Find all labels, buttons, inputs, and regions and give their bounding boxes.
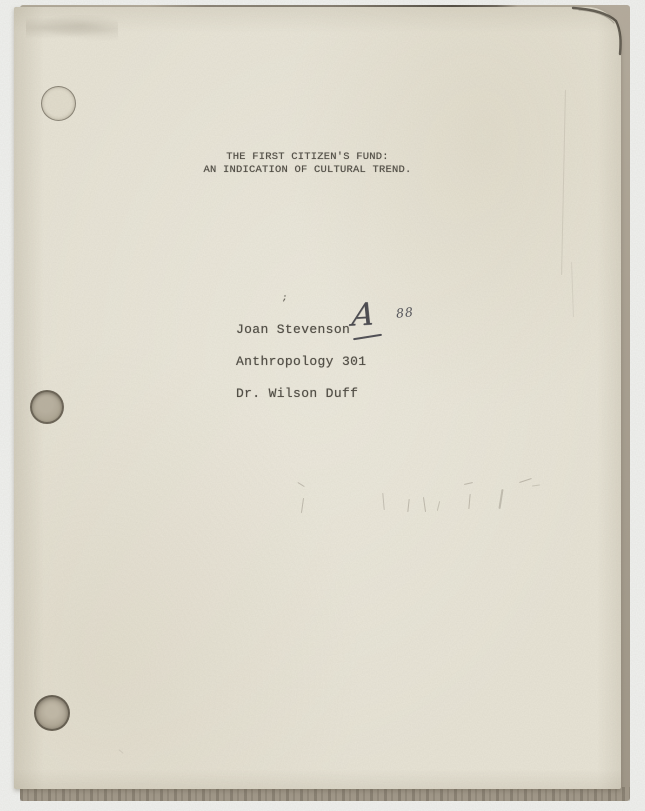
pencil-scratch xyxy=(297,482,304,487)
byline-block: Joan Stevenson Anthropology 301 Dr. Wils… xyxy=(236,323,366,419)
pencil-scratch xyxy=(118,749,123,754)
punch-hole-bottom xyxy=(34,695,70,731)
pencil-scratch xyxy=(519,478,532,483)
folded-corner xyxy=(569,4,623,56)
pencil-scratch xyxy=(382,493,385,510)
stray-typed-mark: ; xyxy=(281,293,288,304)
stack-bottom-texture xyxy=(20,787,630,801)
erased-pencil-smudge xyxy=(26,15,118,41)
scanned-document: THE FIRST CITIZEN'S FUND: AN INDICATION … xyxy=(0,0,645,811)
grade-score: 88 xyxy=(395,304,414,321)
course-name: Anthropology 301 xyxy=(236,355,366,369)
handwritten-grade: A 88 xyxy=(352,300,374,331)
pencil-scratch xyxy=(468,494,471,509)
pencil-scratch xyxy=(498,489,503,509)
grade-letter: A xyxy=(351,299,376,331)
punch-hole-middle xyxy=(30,390,64,424)
top-edge-scuff xyxy=(150,5,518,7)
title-line-1: THE FIRST CITIZEN'S FUND: xyxy=(4,151,611,164)
pencil-scratch xyxy=(423,497,426,512)
paper-crease xyxy=(561,90,566,275)
document-page: THE FIRST CITIZEN'S FUND: AN INDICATION … xyxy=(14,7,621,789)
punch-hole-top xyxy=(41,86,76,121)
pencil-scratch xyxy=(407,499,410,512)
pencil-scratch xyxy=(532,484,540,486)
title-line-2: AN INDICATION OF CULTURAL TREND. xyxy=(4,164,611,177)
pencil-scratch xyxy=(464,482,473,485)
author-name: Joan Stevenson xyxy=(236,323,366,337)
paper-crease xyxy=(571,262,574,317)
pencil-scratch xyxy=(301,498,304,513)
document-title: THE FIRST CITIZEN'S FUND: AN INDICATION … xyxy=(4,151,611,177)
pencil-scratch xyxy=(437,501,441,511)
instructor-name: Dr. Wilson Duff xyxy=(236,387,366,401)
